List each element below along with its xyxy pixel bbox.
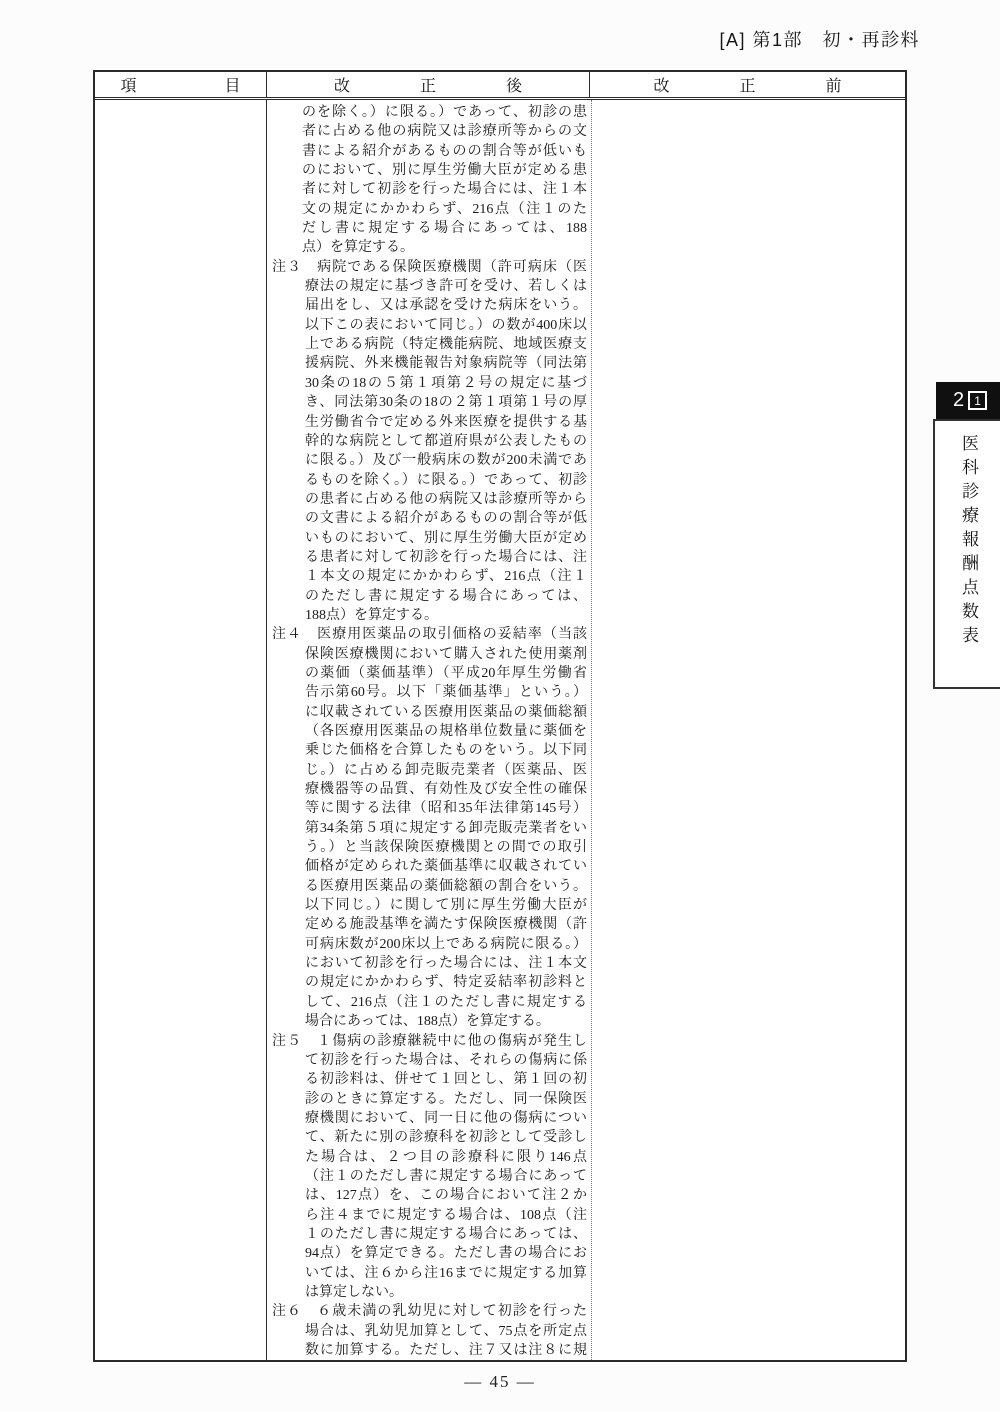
text-line: だし書に規定する場合にあっては、188 [267, 219, 591, 238]
text-line: 場合にあっては、188点）を算定する。 [267, 1012, 591, 1031]
text-line: 乗じた価格を合算したものをいう。以下同 [267, 741, 591, 760]
text-line: のを除く。）に限る。）であって、初診の患 [267, 103, 591, 122]
text-line: 注３ 病院である保険医療機関（許可病床（医 [267, 258, 591, 277]
text-line: のにおいて、別に厚生労働大臣が定める患 [267, 161, 591, 180]
text-line: 点）を算定する。 [267, 238, 591, 257]
revision-table: 項目 改正後 改正前 のを除く。）に限る。）であって、初診の患者に占める他の病院… [93, 70, 907, 1362]
text-line: １本文の規定にかかわらず、216点（注１ [267, 567, 591, 586]
text-line: に限る。）及び一般病床の数が200未満であ [267, 451, 591, 470]
text-line: 以下同じ。）に関して別に厚生労働大臣が [267, 896, 591, 915]
side-tab-header: 2 1 [936, 382, 1000, 419]
text-line: る患者に対して初診を行った場合には、注 [267, 548, 591, 567]
text-line: き、同法第30条の18の２第１項第１号の厚 [267, 393, 591, 412]
text-line: た場合は、２つ目の診療科に限り146点 [267, 1148, 591, 1167]
text-line: 数に加算する。ただし、注７又は注８に規 [267, 1341, 591, 1360]
side-tab-title: 医科診療報酬点数表 [956, 434, 981, 687]
text-line: 188点）を算定する。 [267, 606, 591, 625]
text-line: において初診を行った場合には、注１本文 [267, 954, 591, 973]
text-line: 者に占める他の病院又は診療所等からの文 [267, 122, 591, 141]
text-line: 以下この表において同じ。）の数が400床以 [267, 316, 591, 335]
text-line: 注６ ６歳未満の乳幼児に対して初診を行った [267, 1302, 591, 1321]
page-number: ― 45 ― [0, 1372, 1000, 1392]
text-line: は算定しない。 [267, 1283, 591, 1302]
text-line: 注４ 医療用医薬品の取引価格の妥結率（当該 [267, 625, 591, 644]
text-line: 療機関において、同一日に他の傷病につい [267, 1109, 591, 1128]
after-column: のを除く。）に限る。）であって、初診の患者に占める他の病院又は診療所等からの文書… [267, 100, 591, 1360]
text-line: 療法の規定に基づき許可を受け、若しくは [267, 277, 591, 296]
text-line: 療機器等の品質、有効性及び安全性の確保 [267, 780, 591, 799]
text-line: いものにおいて、別に厚生労働大臣が定め [267, 529, 591, 548]
column-header-before: 改正前 [590, 72, 905, 97]
text-line: して、216点（注１のただし書に規定する [267, 993, 591, 1012]
text-line: 94点）を算定できる。ただし書の場合にお [267, 1244, 591, 1263]
text-line: 書による紹介があるものの割合等が低いも [267, 142, 591, 161]
column-header-after: 改正後 [267, 72, 590, 97]
text-line: （注１のただし書に規定する場合にあって [267, 1167, 591, 1186]
text-line: 価格が定められた薬価基準に収載されてい [267, 857, 591, 876]
text-line: 幹的な病院として都道府県が公表したもの [267, 432, 591, 451]
text-line: て初診を行った場合は、それらの傷病に係 [267, 1051, 591, 1070]
page: [A] 第1部 初・再診料 項目 改正後 改正前 のを除く。）に限る。）であって… [0, 0, 1000, 1412]
text-line: 告示第60号。以下「薬価基準」という。） [267, 683, 591, 702]
text-line: て、新たに別の診療科を初診として受診し [267, 1128, 591, 1147]
text-line: 等に関する法律（昭和35年法律第145号） [267, 799, 591, 818]
text-line: 文の規定にかかわらず、216点（注１のた [267, 200, 591, 219]
text-line: の薬価（薬価基準）（平成20年厚生労働省 [267, 664, 591, 683]
table-body: のを除く。）に限る。）であって、初診の患者に占める他の病院又は診療所等からの文書… [95, 100, 905, 1360]
side-tab-number: 2 [953, 389, 964, 412]
text-line: 生労働省令で定める外来医療を提供する基 [267, 413, 591, 432]
text-line: る初診料は、併せて１回とし、第１回の初 [267, 1070, 591, 1089]
side-tab: 医科診療報酬点数表 [933, 419, 1000, 689]
text-line: の患者に占める他の病院又は診療所等から [267, 490, 591, 509]
text-line: 援病院、外来機能報告対象病院等（同法第 [267, 354, 591, 373]
text-line: 診のときに算定する。ただし、同一保険医 [267, 1090, 591, 1109]
page-header: [A] 第1部 初・再診料 [719, 26, 920, 52]
text-line: の文書による紹介があるものの割合等が低 [267, 509, 591, 528]
text-line: の規定にかかわらず、特定妥結率初診料と [267, 973, 591, 992]
text-line: ら注４までに規定する場合は、108点（注 [267, 1206, 591, 1225]
side-tab-boxed-number: 1 [968, 391, 987, 410]
text-line: 定める施設基準を満たす保険医療機関（許 [267, 915, 591, 934]
text-line: 第34条第５項に規定する卸売販売業者をい [267, 819, 591, 838]
item-column [95, 100, 267, 1360]
text-line: （各医療用医薬品の規格単位数量に薬価を [267, 722, 591, 741]
text-line: じ。）に占める卸売販売業者（医薬品、医 [267, 761, 591, 780]
text-line: るものを除く。）に限る。）であって、初診 [267, 471, 591, 490]
text-line: に収載されている医療用医薬品の薬価総額 [267, 703, 591, 722]
text-line: 30条の18の５第１項第２号の規定に基づ [267, 374, 591, 393]
table-header-row: 項目 改正後 改正前 [95, 72, 905, 100]
text-line: う。）と当該保険医療機関との間での取引 [267, 838, 591, 857]
text-line: 可病床数が200床以上である病院に限る。） [267, 935, 591, 954]
text-line: １のただし書に規定する場合にあっては、 [267, 1225, 591, 1244]
text-line: 上である病院（特定機能病院、地域医療支 [267, 335, 591, 354]
text-line: 者に対して初診を行った場合には、注１本 [267, 180, 591, 199]
text-line: る医療用医薬品の薬価総額の割合をいう。 [267, 877, 591, 896]
column-header-item: 項目 [95, 72, 267, 97]
before-column [591, 100, 905, 1360]
text-line: いては、注６から注16までに規定する加算 [267, 1264, 591, 1283]
text-line: 保険医療機関において購入された使用薬剤 [267, 645, 591, 664]
text-line: 注５ １傷病の診療継続中に他の傷病が発生し [267, 1032, 591, 1051]
text-line: 場合は、乳幼児加算として、75点を所定点 [267, 1322, 591, 1341]
text-line: は、127点）を、この場合において注２か [267, 1186, 591, 1205]
text-line: 届出をし、又は承認を受けた病床をいう。 [267, 296, 591, 315]
text-line: のただし書に規定する場合にあっては、 [267, 587, 591, 606]
